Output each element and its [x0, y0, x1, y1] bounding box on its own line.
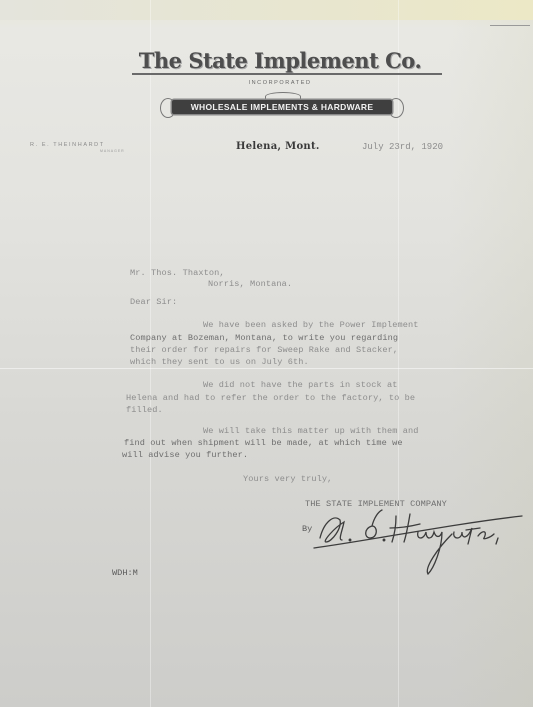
company-name: The State Implement Co.	[105, 48, 455, 73]
owner-title: MANAGER	[100, 149, 125, 153]
printer-mark	[490, 25, 530, 26]
body-line: find out when shipment will be made, at …	[124, 438, 403, 448]
body-line: will advise you further.	[122, 450, 248, 460]
body-line: We will take this matter up with them an…	[203, 426, 419, 436]
body-line: filled.	[126, 405, 163, 415]
body-line: Helena and had to refer the order to the…	[126, 393, 415, 403]
wholesale-banner: WHOLESALE IMPLEMENTS & HARDWARE	[160, 96, 404, 118]
letter-date: July 23rd, 1920	[362, 142, 443, 152]
recipient-location: Norris, Montana.	[208, 279, 292, 289]
paper-top-edge	[0, 0, 533, 20]
fold-crease	[0, 368, 533, 369]
closing: Yours very truly,	[243, 474, 332, 484]
body-line: We did not have the parts in stock at	[203, 380, 398, 390]
owner-name: R. E. THEINHARDT	[30, 142, 105, 148]
incorporated-label: INCORPORATED	[230, 80, 330, 86]
body-line: their order for repairs for Sweep Rake a…	[130, 345, 398, 355]
recipient-name: Mr. Thos. Thaxton,	[130, 268, 225, 278]
handwritten-signature	[312, 508, 527, 578]
body-line: which they sent to us on July 6th.	[130, 357, 309, 367]
salutation: Dear Sir:	[130, 297, 177, 307]
banner-text: WHOLESALE IMPLEMENTS & HARDWARE	[172, 101, 392, 113]
letterhead-city: Helena, Mont.	[236, 141, 320, 152]
by-label: By	[302, 524, 312, 534]
letter-page: The State Implement Co. INCORPORATED WHO…	[0, 0, 533, 707]
company-underline	[132, 73, 442, 75]
body-line: We have been asked by the Power Implemen…	[203, 320, 419, 330]
body-line: Company at Bozeman, Montana, to write yo…	[130, 333, 398, 343]
reference-initials: WDH:M	[112, 568, 138, 578]
